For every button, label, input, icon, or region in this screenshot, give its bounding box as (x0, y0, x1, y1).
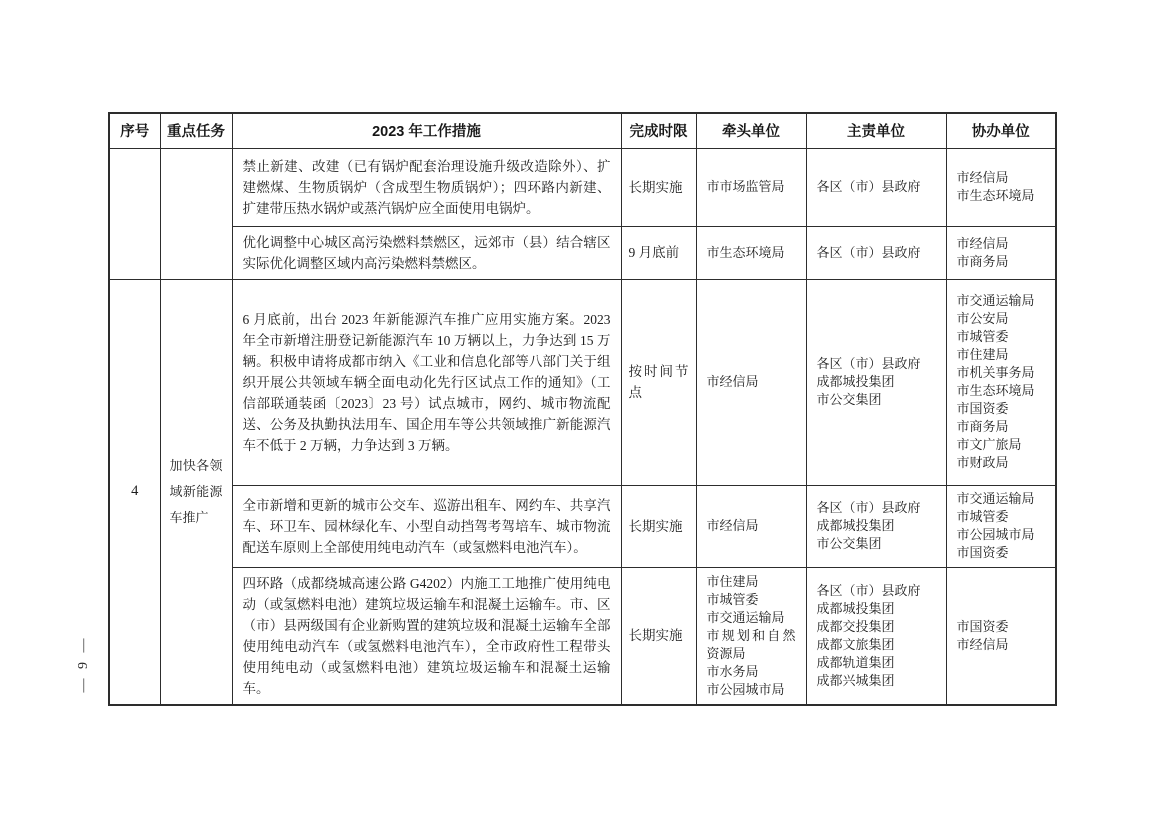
unit-name: 各区（市）县政府 (817, 499, 936, 517)
unit-name: 成都城投集团 (817, 517, 936, 535)
unit-name: 市国资委 (957, 544, 1046, 562)
unit-name: 市国资委 (957, 400, 1046, 418)
unit-name: 各区（市）县政府 (817, 582, 936, 600)
assist-unit-cell: 市国资委 市经信局 (946, 567, 1056, 705)
measure-cell: 6 月底前，出台 2023 年新能源汽车推广应用实施方案。2023 年全市新增注… (232, 279, 621, 485)
col-header-deadline: 完成时限 (621, 113, 696, 148)
main-unit-cell: 各区（市）县政府 成都城投集团 市公交集团 (806, 485, 946, 567)
lead-unit-cell: 市市场监管局 (696, 148, 806, 226)
lead-unit-cell: 市住建局 市城管委 市交通运输局 市规划和自然资源局 市水务局 市公园城市局 (696, 567, 806, 705)
unit-name: 市公安局 (957, 310, 1046, 328)
unit-name: 市城管委 (957, 328, 1046, 346)
unit-name: 市生态环境局 (957, 187, 1046, 205)
task-cell: 加快各领域新能源车推广 (160, 279, 232, 705)
seq-cell (109, 148, 160, 279)
work-measures-table: 序号 重点任务 2023 年工作措施 完成时限 牵头单位 主责单位 协办单位 禁… (108, 112, 1057, 706)
main-unit-cell: 各区（市）县政府 (806, 148, 946, 226)
unit-name: 市公园城市局 (707, 681, 796, 699)
task-cell (160, 148, 232, 279)
unit-name: 市生态环境局 (957, 382, 1046, 400)
lead-unit-cell: 市生态环境局 (696, 226, 806, 279)
measure-cell: 优化调整中心城区高污染燃料禁燃区，远郊市（县）结合辖区实际优化调整区域内高污染燃… (232, 226, 621, 279)
assist-unit-cell: 市经信局 市商务局 (946, 226, 1056, 279)
scanned-document-page: — 9 — 序号 重点任务 2023 年工作措施 完成时限 牵头单位 主责单位 … (0, 0, 1169, 826)
unit-name: 市经信局 (707, 517, 796, 535)
measure-cell: 禁止新建、改建（已有锅炉配套治理设施升级改造除外）、扩建燃煤、生物质锅炉（含成型… (232, 148, 621, 226)
unit-name: 市文广旅局 (957, 436, 1046, 454)
unit-name: 市商务局 (957, 253, 1046, 271)
unit-name: 成都城投集团 (817, 373, 936, 391)
col-header-main-unit: 主责单位 (806, 113, 946, 148)
deadline-cell: 长期实施 (621, 148, 696, 226)
col-header-lead-unit: 牵头单位 (696, 113, 806, 148)
unit-name: 市经信局 (957, 636, 1046, 654)
unit-name: 市公交集团 (817, 535, 936, 553)
unit-name: 市交通运输局 (957, 292, 1046, 310)
unit-name: 各区（市）县政府 (817, 244, 936, 262)
assist-unit-cell: 市经信局 市生态环境局 (946, 148, 1056, 226)
unit-name: 成都城投集团 (817, 600, 936, 618)
unit-name: 市水务局 (707, 663, 796, 681)
assist-unit-cell: 市交通运输局 市公安局 市城管委 市住建局 市机关事务局 市生态环境局 市国资委… (946, 279, 1056, 485)
unit-name: 成都文旅集团 (817, 636, 936, 654)
table-row: 优化调整中心城区高污染燃料禁燃区，远郊市（县）结合辖区实际优化调整区域内高污染燃… (109, 226, 1056, 279)
unit-name: 市经信局 (707, 373, 796, 391)
unit-name: 各区（市）县政府 (817, 355, 936, 373)
col-header-task: 重点任务 (160, 113, 232, 148)
unit-name: 市城管委 (957, 508, 1046, 526)
unit-name: 市交通运输局 (957, 490, 1046, 508)
table-row: 禁止新建、改建（已有锅炉配套治理设施升级改造除外）、扩建燃煤、生物质锅炉（含成型… (109, 148, 1056, 226)
unit-name: 市经信局 (957, 169, 1046, 187)
unit-name: 市经信局 (957, 235, 1046, 253)
main-unit-cell: 各区（市）县政府 (806, 226, 946, 279)
unit-name: 市住建局 (957, 346, 1046, 364)
unit-name: 市国资委 (957, 618, 1046, 636)
unit-name: 市交通运输局 (707, 609, 796, 627)
header-row: 序号 重点任务 2023 年工作措施 完成时限 牵头单位 主责单位 协办单位 (109, 113, 1056, 148)
deadline-cell: 长期实施 (621, 485, 696, 567)
unit-name: 市住建局 (707, 573, 796, 591)
col-header-seq: 序号 (109, 113, 160, 148)
unit-name: 市生态环境局 (707, 244, 796, 262)
main-unit-cell: 各区（市）县政府 成都城投集团 成都交投集团 成都文旅集团 成都轨道集团 成都兴… (806, 567, 946, 705)
unit-name: 市公园城市局 (957, 526, 1046, 544)
unit-name: 市公交集团 (817, 391, 936, 409)
lead-unit-cell: 市经信局 (696, 279, 806, 485)
page-number: — 9 — (76, 636, 92, 693)
unit-name: 成都交投集团 (817, 618, 936, 636)
seq-cell: 4 (109, 279, 160, 705)
col-header-assist-unit: 协办单位 (946, 113, 1056, 148)
unit-name: 市财政局 (957, 454, 1046, 472)
unit-name: 市商务局 (957, 418, 1046, 436)
lead-unit-cell: 市经信局 (696, 485, 806, 567)
measure-cell: 四环路（成都绕城高速公路 G4202）内施工工地推广使用纯电动（或氢燃料电池）建… (232, 567, 621, 705)
unit-name: 市城管委 (707, 591, 796, 609)
table-row: 4 加快各领域新能源车推广 6 月底前，出台 2023 年新能源汽车推广应用实施… (109, 279, 1056, 485)
measure-cell: 全市新增和更新的城市公交车、巡游出租车、网约车、共享汽车、环卫车、园林绿化车、小… (232, 485, 621, 567)
table-row: 四环路（成都绕城高速公路 G4202）内施工工地推广使用纯电动（或氢燃料电池）建… (109, 567, 1056, 705)
unit-name: 各区（市）县政府 (817, 178, 936, 196)
unit-name: 市规划和自然资源局 (707, 627, 796, 663)
deadline-cell: 9 月底前 (621, 226, 696, 279)
table-row: 全市新增和更新的城市公交车、巡游出租车、网约车、共享汽车、环卫车、园林绿化车、小… (109, 485, 1056, 567)
deadline-cell: 长期实施 (621, 567, 696, 705)
unit-name: 市机关事务局 (957, 364, 1046, 382)
deadline-cell: 按时间节点 (621, 279, 696, 485)
main-unit-cell: 各区（市）县政府 成都城投集团 市公交集团 (806, 279, 946, 485)
unit-name: 成都兴城集团 (817, 672, 936, 690)
unit-name: 市市场监管局 (707, 178, 796, 196)
col-header-measures: 2023 年工作措施 (232, 113, 621, 148)
unit-name: 成都轨道集团 (817, 654, 936, 672)
assist-unit-cell: 市交通运输局 市城管委 市公园城市局 市国资委 (946, 485, 1056, 567)
